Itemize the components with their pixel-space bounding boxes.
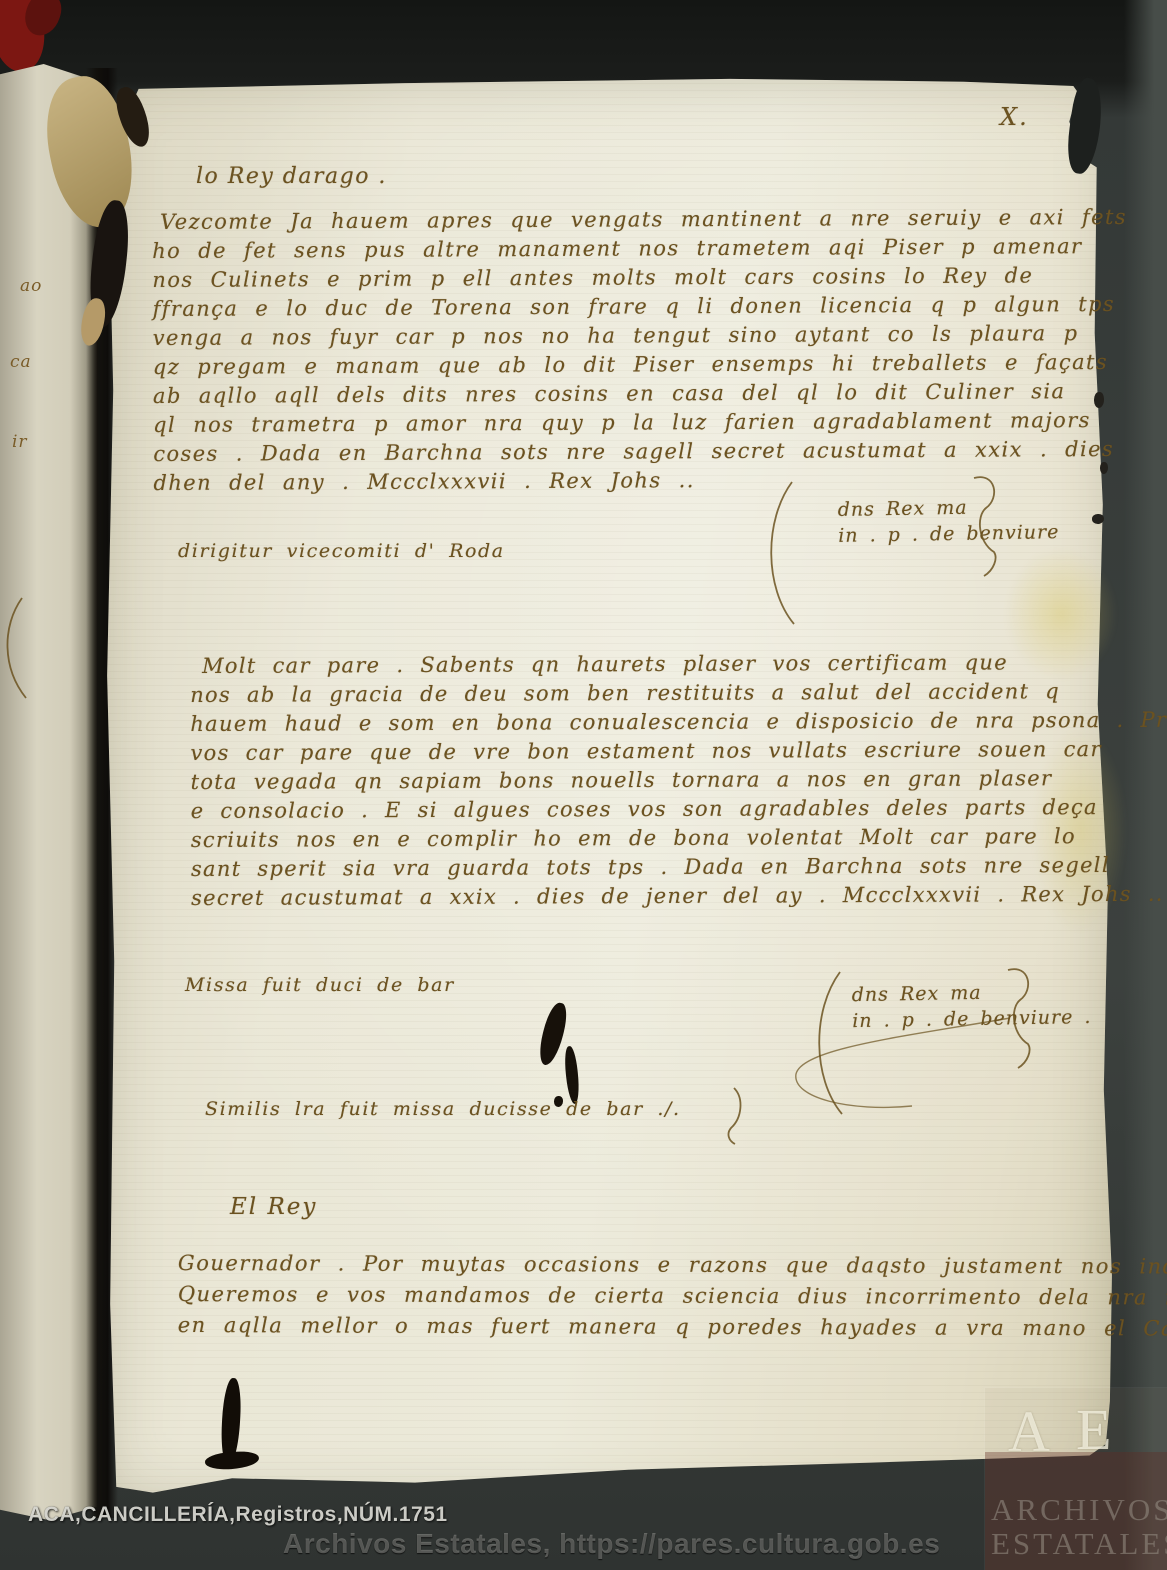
manuscript-line: Queremos e vos mandamos de cierta scienc… [178,1279,1167,1314]
letter2-similis-note: Similis lra fuit missa ducisse de bar ./… [205,1098,681,1120]
manuscript-line: vos car pare que de vre bon estament nos… [190,734,1167,768]
fragment-text-3: ir [12,432,28,452]
manuscript-line: Gouernador . Por muytas occasions e razo… [178,1248,1167,1283]
scanned-manuscript-viewport: ao ca ir X. lo Rey darago . Vezcomte Ja … [0,0,1167,1570]
manuscript-line: nos ab la gracia de deu som ben restitui… [190,676,1167,710]
logo-initial-e: E [1076,1396,1111,1463]
registration-note-line: dns Rex ma [838,493,1060,523]
logo-initial-a: A [1008,1398,1050,1465]
facing-page-edge [0,64,97,1520]
logo-word-estatales: ESTATALES [991,1526,1167,1562]
letter2-body: Molt car pare . Sabents qn haurets plase… [190,647,1167,913]
fragment-text-2: ca [10,352,32,372]
manuscript-line: secret acustumat a xxix . dies de jener … [191,879,1167,913]
pares-watermark-text: Archivos Estatales, https://pares.cultur… [283,1528,940,1560]
bracket-flourish-right-1 [968,470,1004,580]
manuscript-line: Molt car pare . Sabents qn haurets plase… [202,647,1167,680]
logo-word-archivos: ARCHIVOS [991,1492,1167,1528]
letter1-address: dirigitur vicecomiti d' Roda [178,540,505,562]
pen-flourish-left-strip [0,596,30,700]
manuscript-line: hauem haud e som en bona conualescencia … [190,705,1167,739]
folio-number: X. [1000,103,1029,131]
pen-swirl-under-note-2 [788,1010,1018,1120]
manuscript-line: coses . Dada en Barchna sots nre sagell … [153,435,1128,469]
letter1-body: Vezcomte Ja hauem apres que vengats mant… [152,203,1128,498]
registration-note-line: in . p . de benviure [838,519,1060,549]
letter2-address: Missa fuit duci de bar [185,974,455,996]
registration-note-1: dns Rex ma in . p . de benviure [838,493,1060,549]
letter3-heading: El Rey [230,1194,317,1220]
manuscript-line: sant sperit sia vra guarda tots tps . Da… [191,850,1167,884]
fragment-text-1: ao [20,276,42,296]
bracket-flourish-left-1 [758,478,798,628]
letter1-heading: lo Rey darago . [196,164,387,189]
manuscript-line: en aqlla mellor o mas fuert manera q por… [178,1310,1167,1345]
manuscript-line: scriuits nos en e complir ho em de bona … [191,821,1167,855]
manuscript-line: e consolacio . E si algues coses vos son… [191,792,1167,826]
pen-flourish-similis [722,1086,748,1146]
archive-reference-label: ACA,CANCILLERÍA,Registros,NÚM.1751 [28,1503,448,1527]
letter3-body: Gouernador . Por muytas occasions e razo… [178,1248,1167,1345]
manuscript-line: tota vegada qn sapiam bons nouells torna… [191,763,1167,797]
